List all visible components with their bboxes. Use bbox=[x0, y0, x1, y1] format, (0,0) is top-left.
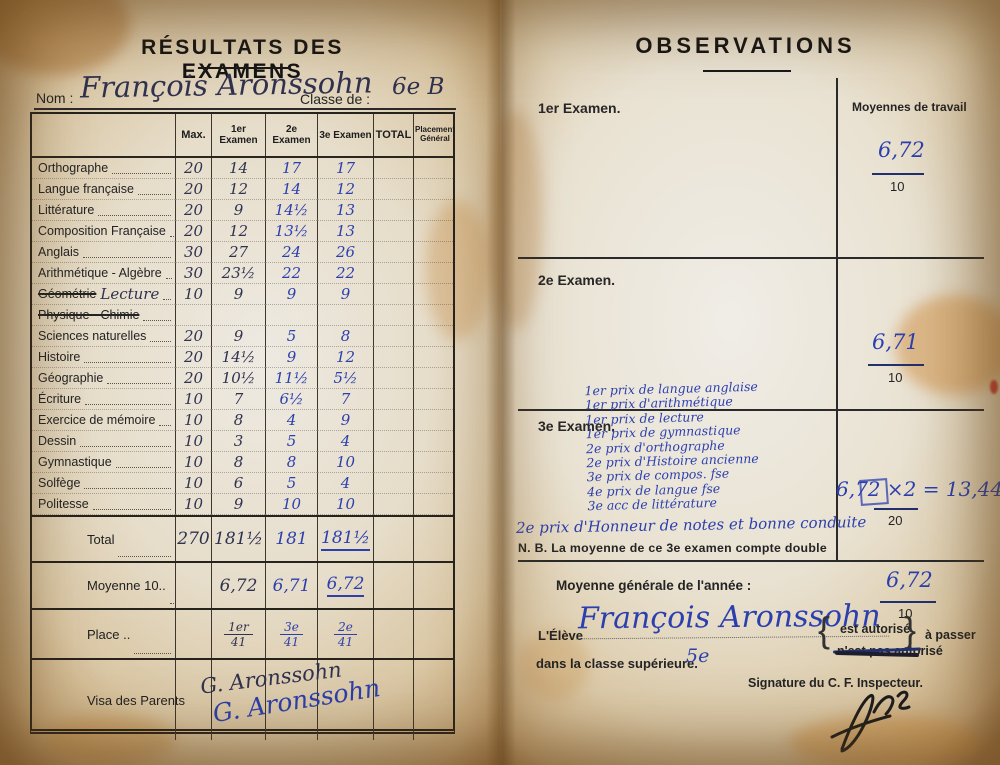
moyenne-max-cell bbox=[175, 563, 211, 608]
exam2-cell bbox=[265, 305, 317, 326]
total-header: TOTAL bbox=[373, 114, 413, 156]
total-cell bbox=[373, 452, 413, 473]
subject-header-cell bbox=[32, 114, 175, 156]
dotted-leader bbox=[163, 299, 171, 300]
max-cell: 10 bbox=[175, 494, 211, 515]
total-cell bbox=[373, 179, 413, 200]
exam1-header: 1er Examen bbox=[211, 114, 265, 156]
section-divider bbox=[518, 560, 984, 562]
table-row: Exercice de mémoire 10 8 4 9 bbox=[32, 410, 453, 431]
place-max-cell bbox=[175, 610, 211, 658]
subject-cell: Arithmétique - Algèbre bbox=[32, 263, 175, 284]
prize-line: 3e acc de littérature bbox=[587, 495, 761, 514]
exam2-cell: 14 bbox=[265, 179, 317, 200]
exam2-cell: 10 bbox=[265, 494, 317, 515]
table-row: Anglais 30 27 24 26 bbox=[32, 242, 453, 263]
class-label: Classe de : bbox=[300, 91, 370, 107]
annual-average: 6,72 bbox=[886, 568, 933, 592]
exam1-cell: 12 bbox=[211, 179, 265, 200]
exam3-cell: 26 bbox=[317, 242, 373, 263]
placement-cell bbox=[413, 326, 453, 347]
exam1-cell: 9 bbox=[211, 284, 265, 305]
visa-label: Visa des Parents bbox=[32, 660, 175, 740]
exam3-cell: 22 bbox=[317, 263, 373, 284]
dotted-leader bbox=[84, 488, 171, 489]
table-row: Arithmétique - Algèbre 30 23½ 22 22 bbox=[32, 263, 453, 284]
placement-cell bbox=[413, 347, 453, 368]
book-gutter bbox=[486, 0, 516, 765]
subject-cell: Dessin bbox=[32, 431, 175, 452]
total-row: Total 270 181½ 181 181½ bbox=[32, 515, 453, 561]
exam2-cell: 4 bbox=[265, 410, 317, 431]
total-cell bbox=[373, 368, 413, 389]
exam1-average: 6,72 bbox=[878, 138, 925, 162]
form-rule bbox=[34, 108, 456, 110]
total-max: 270 bbox=[175, 517, 211, 561]
exam2-cell: 11½ bbox=[265, 368, 317, 389]
moyenne-row: Moyenne 10.. 6,72 6,71 6,72 bbox=[32, 561, 453, 608]
dotted-leader bbox=[143, 320, 171, 321]
subject-cell: Exercice de mémoire bbox=[32, 410, 175, 431]
subject-cell: Sciences naturelles bbox=[32, 326, 175, 347]
exam1-cell: 27 bbox=[211, 242, 265, 263]
dotted-leader bbox=[159, 425, 171, 426]
bracket-open: { bbox=[818, 612, 830, 648]
total-cell bbox=[373, 305, 413, 326]
nb-note: N. B. La moyenne de ce 3e examen compte … bbox=[518, 541, 827, 555]
dotted-leader bbox=[84, 362, 171, 363]
placement-cell bbox=[413, 158, 453, 179]
moyenne-placement-cell bbox=[413, 563, 453, 608]
total-cell bbox=[373, 242, 413, 263]
exam2-average: 6,71 bbox=[872, 330, 919, 354]
exam2-cell: 6½ bbox=[265, 389, 317, 410]
total-cell bbox=[373, 221, 413, 242]
results-table: Max. 1er Examen 2e Examen 3e Examen TOTA… bbox=[30, 112, 455, 734]
max-cell: 20 bbox=[175, 221, 211, 242]
exam2-cell: 13½ bbox=[265, 221, 317, 242]
place-row: Place .. 1er41 3e41 2e41 bbox=[32, 608, 453, 658]
exam1-cell: 7 bbox=[211, 389, 265, 410]
exam1-cell: 9 bbox=[211, 494, 265, 515]
scanned-report-card: RÉSULTATS DES EXAMENS Nom : François Aro… bbox=[0, 0, 1000, 765]
subject-cell: Écriture bbox=[32, 389, 175, 410]
moyennes-header: Moyennes de travail bbox=[852, 100, 967, 114]
max-cell: 30 bbox=[175, 242, 211, 263]
table-row: Composition Française 20 12 13½ 13 bbox=[32, 221, 453, 242]
total-exam3: 181½ bbox=[317, 517, 373, 561]
table-row: Histoire 20 14½ 9 12 bbox=[32, 347, 453, 368]
dotted-leader bbox=[138, 194, 171, 195]
exam3-cell: 9 bbox=[317, 410, 373, 431]
exam1-cell: 9 bbox=[211, 200, 265, 221]
exam3-cell: 12 bbox=[317, 347, 373, 368]
inspector-signature bbox=[810, 685, 960, 760]
place-placement-cell bbox=[413, 610, 453, 658]
exam3-denominator: 20 bbox=[888, 513, 902, 528]
class-value-handwritten: 6e B bbox=[392, 74, 444, 100]
table-row: Géographie 20 10½ 11½ 5½ bbox=[32, 368, 453, 389]
dotted-leader bbox=[116, 467, 171, 468]
max-cell: 20 bbox=[175, 200, 211, 221]
max-cell: 20 bbox=[175, 179, 211, 200]
dotted-leader bbox=[85, 404, 171, 405]
total-cell bbox=[373, 263, 413, 284]
total-cell bbox=[373, 347, 413, 368]
max-header: Max. bbox=[175, 114, 211, 156]
total-label: Total bbox=[32, 517, 175, 561]
max-cell: 10 bbox=[175, 389, 211, 410]
total-cell bbox=[373, 410, 413, 431]
exam3-cell: 4 bbox=[317, 473, 373, 494]
exam2-cell: 17 bbox=[265, 158, 317, 179]
exam1-cell: 6 bbox=[211, 473, 265, 494]
placement-cell bbox=[413, 242, 453, 263]
exam3-header: 3e Examen bbox=[317, 114, 373, 156]
subject-cell: Gymnastique bbox=[32, 452, 175, 473]
fraction-bar bbox=[874, 508, 918, 510]
fraction-bar bbox=[872, 173, 924, 175]
dotted-leader bbox=[83, 257, 171, 258]
name-label: Nom : bbox=[36, 90, 73, 106]
table-header-row: Max. 1er Examen 2e Examen 3e Examen TOTA… bbox=[32, 114, 453, 158]
placement-cell bbox=[413, 368, 453, 389]
placement-cell bbox=[413, 452, 453, 473]
total-placement-cell bbox=[413, 517, 453, 561]
total-cell bbox=[373, 200, 413, 221]
dotted-leader bbox=[150, 341, 171, 342]
exam1-cell: 9 bbox=[211, 326, 265, 347]
max-cell: 30 bbox=[175, 263, 211, 284]
exam2-cell: 24 bbox=[265, 242, 317, 263]
max-cell: 10 bbox=[175, 410, 211, 431]
place-exam3: 2e41 bbox=[317, 610, 373, 658]
dotted-leader bbox=[93, 509, 171, 510]
max-cell: 20 bbox=[175, 326, 211, 347]
exam2-label: 2e Examen. bbox=[538, 272, 615, 288]
exam1-label: 1er Examen. bbox=[538, 100, 621, 116]
max-cell: 20 bbox=[175, 158, 211, 179]
subject-cell: Géographie bbox=[32, 368, 175, 389]
exam2-cell: 9 bbox=[265, 347, 317, 368]
place-label: Place .. bbox=[32, 610, 175, 658]
moyenne-exam1: 6,72 bbox=[211, 563, 265, 608]
exam3-cell: 4 bbox=[317, 431, 373, 452]
fraction-bar bbox=[868, 364, 924, 366]
total-exam2: 181 bbox=[265, 517, 317, 561]
moyenne-total-cell bbox=[373, 563, 413, 608]
ink-scribble-box bbox=[859, 478, 889, 506]
exam3-cell: 10 bbox=[317, 494, 373, 515]
exam1-cell: 8 bbox=[211, 452, 265, 473]
total-cell bbox=[373, 158, 413, 179]
placement-cell bbox=[413, 284, 453, 305]
exam1-cell: 3 bbox=[211, 431, 265, 452]
table-row: Littérature 20 9 14½ 13 bbox=[32, 200, 453, 221]
subject-cell: Composition Française bbox=[32, 221, 175, 242]
placement-cell bbox=[413, 494, 453, 515]
total-cell bbox=[373, 473, 413, 494]
placement-cell bbox=[413, 263, 453, 284]
section-divider bbox=[518, 257, 984, 259]
table-row: Dessin 10 3 5 4 bbox=[32, 431, 453, 452]
total-cell bbox=[373, 284, 413, 305]
exam2-cell: 5 bbox=[265, 473, 317, 494]
total-total-cell bbox=[373, 517, 413, 561]
exam2-header: 2e Examen bbox=[265, 114, 317, 156]
exam3-cell: 9 bbox=[317, 284, 373, 305]
max-cell: 20 bbox=[175, 347, 211, 368]
total-cell bbox=[373, 326, 413, 347]
max-cell bbox=[175, 305, 211, 326]
observations-title: OBSERVATIONS bbox=[628, 33, 863, 59]
subject-cell: Solfège bbox=[32, 473, 175, 494]
exam3-cell: 5½ bbox=[317, 368, 373, 389]
moyenne-exam2: 6,71 bbox=[265, 563, 317, 608]
exam2-cell: 14½ bbox=[265, 200, 317, 221]
exam3-cell bbox=[317, 305, 373, 326]
max-cell: 10 bbox=[175, 452, 211, 473]
total-cell bbox=[373, 389, 413, 410]
placement-cell bbox=[413, 200, 453, 221]
table-row: Gymnastique 10 8 8 10 bbox=[32, 452, 453, 473]
table-row: Langue française 20 12 14 12 bbox=[32, 179, 453, 200]
subject-cell: Histoire bbox=[32, 347, 175, 368]
exam3-cell: 10 bbox=[317, 452, 373, 473]
a-passer-text: à passer bbox=[925, 628, 976, 642]
exam2-cell: 22 bbox=[265, 263, 317, 284]
table-row: Solfège 10 6 5 4 bbox=[32, 473, 453, 494]
table-row: Sciences naturelles 20 9 5 8 bbox=[32, 326, 453, 347]
subject-cell: Littérature bbox=[32, 200, 175, 221]
dotted-leader bbox=[166, 278, 172, 279]
max-cell: 20 bbox=[175, 368, 211, 389]
placement-header: Placement Général bbox=[413, 114, 456, 156]
dotted-leader bbox=[80, 446, 171, 447]
exam3-cell: 13 bbox=[317, 200, 373, 221]
place-exam1: 1er41 bbox=[211, 610, 265, 658]
exam1-cell bbox=[211, 305, 265, 326]
classe-superieure-label: dans la classe supérieure. bbox=[536, 656, 698, 671]
prize-list-handwritten: 1er prix de langue anglaise1er prix d'ar… bbox=[584, 380, 761, 514]
placement-cell bbox=[413, 305, 453, 326]
exam1-denominator: 10 bbox=[890, 179, 904, 194]
placement-cell bbox=[413, 221, 453, 242]
bracket-close: } bbox=[904, 612, 916, 648]
table-row: Géométrie Lecture 10 9 9 9 bbox=[32, 284, 453, 305]
dotted-leader bbox=[112, 173, 171, 174]
total-exam1: 181½ bbox=[211, 517, 265, 561]
results-page: RÉSULTATS DES EXAMENS Nom : François Aro… bbox=[0, 0, 500, 765]
place-total-cell bbox=[373, 610, 413, 658]
placement-cell bbox=[413, 179, 453, 200]
max-cell: 10 bbox=[175, 473, 211, 494]
exam3-cell: 7 bbox=[317, 389, 373, 410]
exam1-cell: 8 bbox=[211, 410, 265, 431]
exam2-cell: 5 bbox=[265, 326, 317, 347]
table-body: Orthographe 20 14 17 17 Langue française… bbox=[32, 158, 453, 515]
place-exam2: 3e41 bbox=[265, 610, 317, 658]
moyenne-label: Moyenne 10.. bbox=[32, 563, 175, 608]
subject-cell: Géométrie Lecture bbox=[32, 284, 175, 305]
classe-superieure-value: 5e bbox=[686, 645, 709, 667]
total-cell bbox=[373, 431, 413, 452]
placement-cell bbox=[413, 389, 453, 410]
autorise-text: est autorisé bbox=[840, 622, 910, 636]
observations-page: OBSERVATIONS 1er Examen. Moyennes de tra… bbox=[500, 0, 1000, 765]
exam3-cell: 13 bbox=[317, 221, 373, 242]
subject-cell: Physique - Chimie bbox=[32, 305, 175, 326]
table-row: Physique - Chimie bbox=[32, 305, 453, 326]
subject-cell: Anglais bbox=[32, 242, 175, 263]
title-underline bbox=[703, 70, 791, 72]
subject-cell: Politesse bbox=[32, 494, 175, 515]
exam2-cell: 5 bbox=[265, 431, 317, 452]
annual-average-label: Moyenne générale de l'année : bbox=[556, 578, 751, 593]
visa-cell bbox=[413, 660, 453, 740]
visa-row: Visa des Parents G. Aronssohn G. Aronsso… bbox=[32, 658, 453, 740]
max-cell: 10 bbox=[175, 431, 211, 452]
table-row: Politesse 10 9 10 10 bbox=[32, 494, 453, 515]
exam2-cell: 9 bbox=[265, 284, 317, 305]
exam1-cell: 14 bbox=[211, 158, 265, 179]
handwritten-subject: Lecture bbox=[100, 285, 159, 303]
visa-cell bbox=[175, 660, 211, 740]
max-cell: 10 bbox=[175, 284, 211, 305]
exam3-cell: 8 bbox=[317, 326, 373, 347]
subject-cell: Orthographe bbox=[32, 158, 175, 179]
placement-cell bbox=[413, 431, 453, 452]
dotted-leader bbox=[98, 215, 171, 216]
exam1-cell: 23½ bbox=[211, 263, 265, 284]
honneur-line-handwritten: 2e prix d'Honneur de notes et bonne cond… bbox=[516, 513, 867, 537]
exam3-cell: 12 bbox=[317, 179, 373, 200]
exam1-cell: 10½ bbox=[211, 368, 265, 389]
total-cell bbox=[373, 494, 413, 515]
exam1-cell: 14½ bbox=[211, 347, 265, 368]
dotted-leader bbox=[107, 383, 171, 384]
exam2-cell: 8 bbox=[265, 452, 317, 473]
exam1-cell: 12 bbox=[211, 221, 265, 242]
subject-cell: Langue française bbox=[32, 179, 175, 200]
placement-cell bbox=[413, 410, 453, 431]
exam3-cell: 17 bbox=[317, 158, 373, 179]
table-row: Écriture 10 7 6½ 7 bbox=[32, 389, 453, 410]
exam2-denominator: 10 bbox=[888, 370, 902, 385]
placement-cell bbox=[413, 473, 453, 494]
moyenne-exam3: 6,72 bbox=[317, 563, 373, 608]
table-row: Orthographe 20 14 17 17 bbox=[32, 158, 453, 179]
